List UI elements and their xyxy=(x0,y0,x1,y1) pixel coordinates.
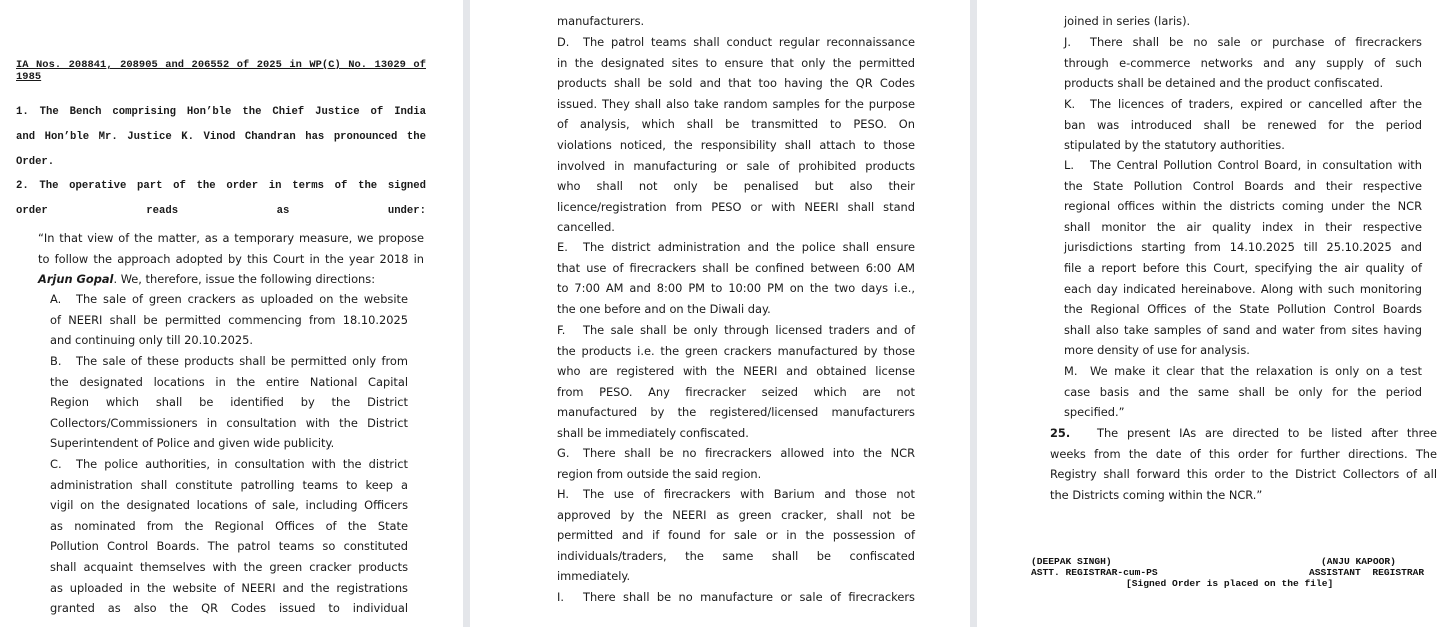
direction-line: who are registered with the NEERI and ob… xyxy=(557,361,915,382)
direction-line: that use of firecrackers shall be confin… xyxy=(557,258,915,279)
direction-line: specified.” xyxy=(1064,402,1422,423)
direction-label: K. xyxy=(1064,94,1090,115)
direction-line: The sale of these products shall be perm… xyxy=(76,354,408,368)
paragraph-line: order reads as under: xyxy=(16,199,426,224)
direction-label: D. xyxy=(557,32,583,53)
continuation-text: joined in series (laris). xyxy=(1064,11,1422,32)
signatory-right-name: (ANJU KAPOOR) xyxy=(1321,556,1396,568)
direction-line: case basis and the same shall be only fo… xyxy=(1064,382,1422,403)
direction-B: B.The sale of these products shall be pe… xyxy=(50,351,408,454)
direction-line: granted as also the QR Codes issued to i… xyxy=(50,598,408,619)
direction-line: The licences of traders, expired or canc… xyxy=(1090,97,1422,111)
direction-line: licence/registration from PESO or with N… xyxy=(557,197,915,218)
direction-label: I. xyxy=(557,587,583,608)
direction-line: who shall not only be penalised but also… xyxy=(557,176,915,197)
direction-line: manufactured by the registered/licensed … xyxy=(557,402,915,423)
continuation-text: manufacturers. xyxy=(557,11,915,32)
quote-line: “In that view of the matter, as a tempor… xyxy=(38,228,424,249)
case-name: Arjun Gopal xyxy=(38,272,113,286)
direction-line: shall monitor the air quality index in t… xyxy=(1064,217,1422,238)
direction-G: G.There shall be no firecrackers allowed… xyxy=(557,443,915,484)
direction-line: The sale of green crackers as uploaded o… xyxy=(76,292,408,306)
direction-L: L.The Central Pollution Control Board, i… xyxy=(1064,155,1422,361)
case-heading-line: 1985 xyxy=(16,71,426,83)
document-page-1: IA Nos. 208841, 208905 and 206552 of 202… xyxy=(0,0,463,627)
paragraph-number: 25. xyxy=(1050,423,1097,444)
direction-line: as nominated from the Regional Offices o… xyxy=(50,516,408,537)
direction-line: shall also take samples of sand and wate… xyxy=(1064,320,1422,341)
direction-label: C. xyxy=(50,454,76,475)
direction-line: the designated locations in the entire N… xyxy=(50,372,408,393)
paragraph-line: and Hon’ble Mr. Justice K. Vinod Chandra… xyxy=(16,125,426,150)
paragraph-2: 2. The operative part of the order in te… xyxy=(16,174,426,224)
direction-label: H. xyxy=(557,484,583,505)
direction-line: Collectors/Commissioners in consultation… xyxy=(50,413,408,434)
direction-line: the State Pollution Control Boards and t… xyxy=(1064,176,1422,197)
direction-line: The patrol teams shall conduct regular r… xyxy=(583,35,915,49)
direction-label: E. xyxy=(557,237,583,258)
direction-line: Pollution Control Boards. The patrol tea… xyxy=(50,536,408,557)
direction-line: and continuing only till 20.10.2025. xyxy=(50,330,408,351)
direction-line: cancelled. xyxy=(557,217,915,238)
paragraph-line: Order. xyxy=(16,150,426,175)
signed-order-note: [Signed Order is placed on the file] xyxy=(1126,578,1333,590)
case-heading: IA Nos. 208841, 208905 and 206552 of 202… xyxy=(16,59,426,83)
direction-F: F.The sale shall be only through license… xyxy=(557,320,915,444)
direction-line: file a report before this Court, specify… xyxy=(1064,258,1422,279)
direction-line: The use of firecrackers with Barium and … xyxy=(583,487,915,501)
direction-line: Region which shall be identified by the … xyxy=(50,392,408,413)
direction-line: The police authorities, in consultation … xyxy=(76,457,408,471)
direction-line: products shall be sold and that too havi… xyxy=(557,73,915,94)
paragraph-1: 1. The Bench comprising Hon’ble the Chie… xyxy=(16,100,426,175)
direction-label: G. xyxy=(557,443,583,464)
paragraph-line: The present IAs are directed to be liste… xyxy=(1097,426,1437,440)
direction-line: each day indicated hereinabove. Along wi… xyxy=(1064,279,1422,300)
direction-line: The Central Pollution Control Board, in … xyxy=(1090,158,1422,172)
direction-line: the one before and on the Diwali day. xyxy=(557,299,915,320)
direction-line: region from outside the said region. xyxy=(557,464,915,485)
direction-label: L. xyxy=(1064,155,1090,176)
signatory-left-title: ASTT. REGISTRAR-cum-PS xyxy=(1031,567,1158,579)
direction-line: administration shall constitute patrolli… xyxy=(50,475,408,496)
direction-line: from PESO. Any firecracker seized which … xyxy=(557,382,915,403)
direction-line: jurisdictions starting from 14.10.2025 t… xyxy=(1064,237,1422,258)
quote-line: to follow the approach adopted by this C… xyxy=(38,249,424,270)
document-page-3: joined in series (laris). J.There shall … xyxy=(977,0,1445,627)
direction-line: permitted and if found for sale or in th… xyxy=(557,525,915,546)
direction-line: manufacturers. xyxy=(557,11,915,32)
direction-line: the products i.e. the green crackers man… xyxy=(557,341,915,362)
paragraph-line: weeks from the date of this order for fu… xyxy=(1050,444,1437,465)
direction-line: regional offices within the districts co… xyxy=(1064,196,1422,217)
paragraph-line: 1. The Bench comprising Hon’ble the Chie… xyxy=(16,100,426,125)
direction-line: We make it clear that the relaxation is … xyxy=(1090,364,1422,378)
direction-label: A. xyxy=(50,289,76,310)
direction-line: immediately. xyxy=(557,566,915,587)
direction-line: products shall be detained and the produ… xyxy=(1064,73,1422,94)
direction-line: individuals/traders, the same shall be c… xyxy=(557,546,915,567)
direction-line: There shall be no sale or purchase of fi… xyxy=(1090,35,1422,49)
direction-line: ban was introduced shall be renewed for … xyxy=(1064,115,1422,136)
direction-line: more density of use for analysis. xyxy=(1064,340,1422,361)
direction-line: to 7:00 AM and 8:00 PM to 10:00 PM on th… xyxy=(557,278,915,299)
direction-K: K.The licences of traders, expired or ca… xyxy=(1064,94,1422,156)
direction-M: M.We make it clear that the relaxation i… xyxy=(1064,361,1422,423)
direction-line: in the designated sites to ensure that o… xyxy=(557,53,915,74)
direction-A: A.The sale of green crackers as uploaded… xyxy=(50,289,408,351)
signatory-right-title: ASSISTANT REGISTRAR xyxy=(1309,567,1424,579)
direction-line: vigil on the designated locations of sal… xyxy=(50,495,408,516)
paragraph-line: Registry shall forward this order to the… xyxy=(1050,464,1437,485)
direction-line: involved in manufacturing or sale of pro… xyxy=(557,156,915,177)
direction-line: issued. They shall also take random samp… xyxy=(557,94,915,115)
direction-line: The sale shall be only through licensed … xyxy=(583,323,915,337)
direction-label: B. xyxy=(50,351,76,372)
direction-line: stipulated by the statutory authorities. xyxy=(1064,135,1422,156)
direction-line: shall acquaint themselves with the green… xyxy=(50,557,408,578)
direction-I: I.There shall be no manufacture or sale … xyxy=(557,587,915,608)
direction-line: Superintendent of Police and given wide … xyxy=(50,433,408,454)
direction-line: of NEERI shall be permitted commencing f… xyxy=(50,310,408,331)
direction-line: of analysis, which shall be transmitted … xyxy=(557,114,915,135)
direction-D: D.The patrol teams shall conduct regular… xyxy=(557,32,915,238)
page-gutter xyxy=(463,0,470,627)
direction-line: The district administration and the poli… xyxy=(583,240,915,254)
direction-line: There shall be no manufacture or sale of… xyxy=(583,590,915,604)
paragraph-line: the Districts coming within the NCR.” xyxy=(1050,485,1437,506)
direction-line: as uploaded in the website of NEERI and … xyxy=(50,578,408,599)
document-page-2: manufacturers. D.The patrol teams shall … xyxy=(470,0,970,627)
quote-line: . We, therefore, issue the following dir… xyxy=(113,272,375,286)
paragraph-line: 2. The operative part of the order in te… xyxy=(16,174,426,199)
direction-line: through e-commerce networks and any supp… xyxy=(1064,53,1422,74)
page-gutter xyxy=(970,0,977,627)
direction-E: E.The district administration and the po… xyxy=(557,237,915,319)
case-heading-line: IA Nos. 208841, 208905 and 206552 of 202… xyxy=(16,59,426,71)
direction-label: J. xyxy=(1064,32,1090,53)
paragraph-25: 25.The present IAs are directed to be li… xyxy=(1050,423,1437,505)
direction-line: There shall be no firecrackers allowed i… xyxy=(583,446,915,460)
direction-line: approved by the NEERI as green cracker, … xyxy=(557,505,915,526)
direction-label: F. xyxy=(557,320,583,341)
signatory-left-name: (DEEPAK SINGH) xyxy=(1031,556,1112,568)
direction-line: joined in series (laris). xyxy=(1064,11,1422,32)
direction-line: violations noticed, the responsibility s… xyxy=(557,135,915,156)
direction-C: C.The police authorities, in consultatio… xyxy=(50,454,408,619)
direction-J: J.There shall be no sale or purchase of … xyxy=(1064,32,1422,94)
direction-line: the Regional Offices of the State Pollut… xyxy=(1064,299,1422,320)
quote-intro: “In that view of the matter, as a tempor… xyxy=(38,228,424,290)
direction-line: shall be immediately confiscated. xyxy=(557,423,915,444)
direction-label: M. xyxy=(1064,361,1090,382)
direction-H: H.The use of firecrackers with Barium an… xyxy=(557,484,915,587)
